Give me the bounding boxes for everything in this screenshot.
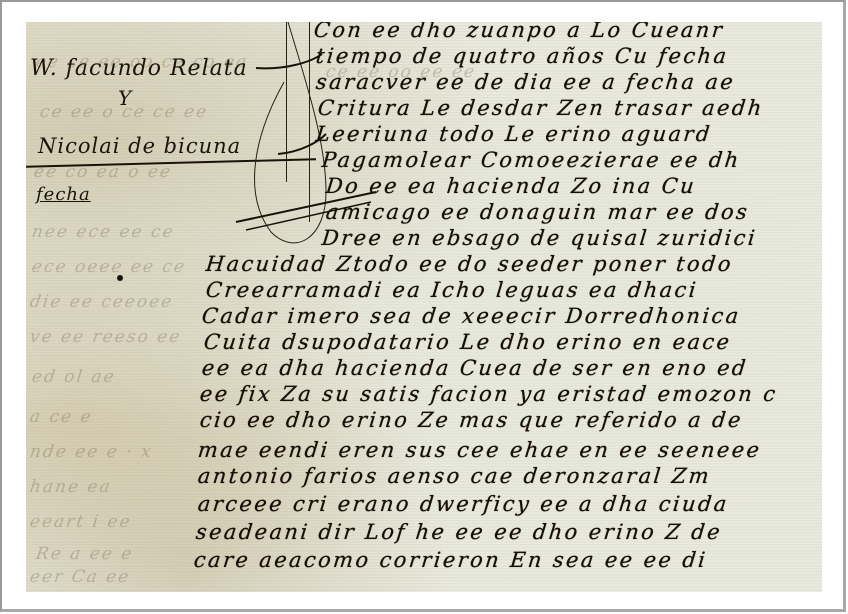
manuscript-line: Con ee dho zuanpo a Lo Cueanr bbox=[313, 22, 726, 42]
manuscript-line: Hacuidad Ztodo ee do seeder poner todo bbox=[205, 252, 735, 276]
manuscript-line: Cuita dsupodatario Le dho erino en eace bbox=[203, 330, 733, 354]
manuscript-line: saracver ee de dia ee a fecha ae bbox=[315, 70, 737, 94]
manuscript-line: Critura Le desdar Zen trasar aedh bbox=[317, 96, 765, 120]
manuscript-line: Dree en ebsago de quisal zuridici bbox=[321, 226, 759, 250]
manuscript-line: amicago ee donaguin mar ee dos bbox=[325, 200, 751, 224]
manuscript-line: cio ee dho erino Ze mas que referido a d… bbox=[199, 408, 744, 432]
manuscript-line: Leeriuna todo Le erino aguard bbox=[315, 122, 713, 146]
manuscript-line: care aeacomo corrieron En sea ee ee di bbox=[193, 548, 709, 572]
manuscript-photo: ee ce ee oo ce co ea ce ee o ce ce ee ee… bbox=[26, 22, 822, 592]
manuscript-line: Do ee ea hacienda Zo ina Cu bbox=[325, 174, 698, 198]
manuscript-line: ee fix Za su satis facion ya eristad emo… bbox=[199, 382, 779, 406]
manuscript-line: Pagamolear Comoeezierae ee dh bbox=[321, 148, 742, 172]
manuscript-line: arceee cri erano dwerficy ee a dha ciuda bbox=[197, 492, 730, 516]
manuscript-line: Cadar imero sea de xeeecir Dorredhonica bbox=[201, 304, 742, 328]
manuscript-line: ee ea dha hacienda Cuea de ser en eno ed bbox=[201, 356, 749, 380]
manuscript-line: antonio farios aenso cae deronzaral Zm bbox=[197, 464, 713, 488]
manuscript-line: seadeani dir Lof he ee ee dho erino Z de bbox=[195, 520, 724, 544]
manuscript-line: mae eendi eren sus cee ehae en ee seenee… bbox=[197, 438, 763, 462]
manuscript-line: tiempo de quatro años Cu fecha bbox=[315, 44, 730, 68]
manuscript-line: Creearramadi ea Icho leguas ea dhaci bbox=[205, 278, 699, 302]
